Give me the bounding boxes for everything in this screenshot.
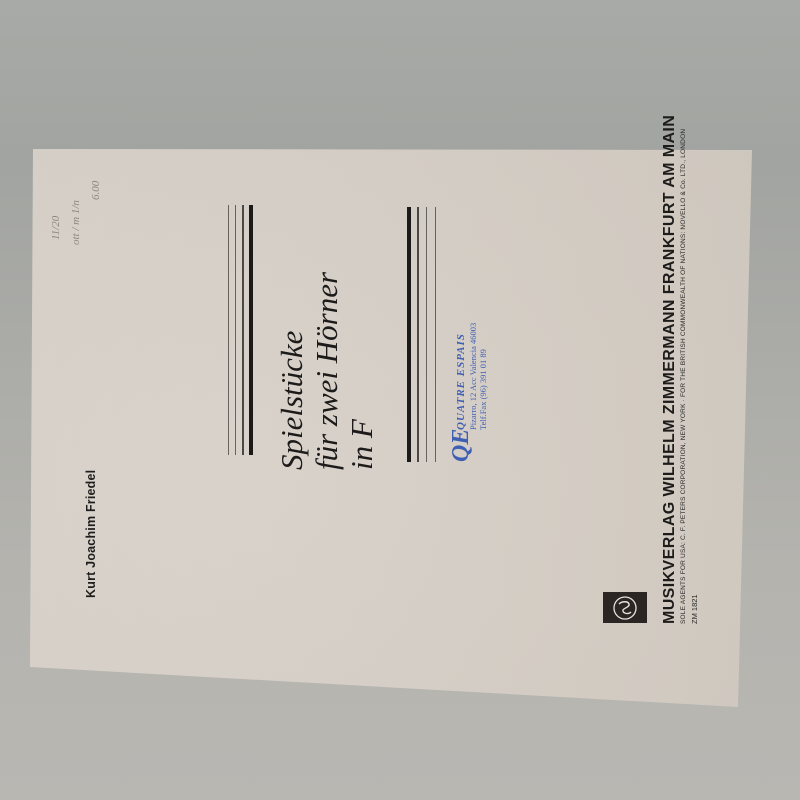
pencil-note-3-text: 6.00 (90, 181, 102, 200)
stamp-phone-line: Telf.Fax (96) 391 01 89 (478, 323, 488, 430)
stamp-address-line: Pizarro, 12 Acc Valencia 46003 (468, 323, 478, 430)
title-line-3: in F (344, 272, 379, 470)
author-name: Kurt Joachim Friedel (84, 470, 98, 598)
publisher-agents: SOLE AGENTS FOR USA: C. F. PETERS CORPOR… (680, 129, 687, 624)
publisher-name-text: MUSIKVERLAG WILHELM ZIMMERMANN FRANKFURT… (661, 115, 678, 624)
publisher-name: MUSIKVERLAG WILHELM ZIMMERMANN FRANKFURT… (661, 115, 679, 624)
pencil-note-1: 11/20 (50, 216, 62, 240)
catalog-number-text: ZM 1821 (690, 594, 699, 624)
z-logo-glyph-icon (612, 595, 638, 621)
pencil-note-price-code: 11/20 (50, 216, 62, 240)
zimmermann-z-logo-icon (603, 592, 647, 623)
title-line-2: für zwei Hörner (309, 272, 344, 470)
author-text: Kurt Joachim Friedel (84, 470, 98, 598)
pencil-note-2: ott / m 1/n (70, 200, 82, 245)
catalog-number: ZM 1821 (690, 594, 699, 624)
stamp-name: QUATRE ESPAIS (455, 333, 467, 430)
title-block: Spielstücke für zwei Hörner in F (274, 272, 379, 470)
pencil-note-2-text: ott / m 1/n (70, 200, 82, 245)
stamp-address: Pizarro, 12 Acc Valencia 46003 Telf.Fax … (468, 323, 488, 430)
stamp-logo-icon: QE (448, 429, 475, 462)
title-line-1: Spielstücke (274, 272, 309, 470)
decorative-rule-right (407, 207, 441, 462)
pencil-note-3: 6.00 (90, 181, 102, 200)
decorative-rule-left (228, 205, 254, 455)
publisher-agents-text: SOLE AGENTS FOR USA: C. F. PETERS CORPOR… (680, 129, 687, 624)
stamp-name-text: QUATRE ESPAIS (455, 333, 467, 430)
stamp-logo-text: QE (448, 429, 474, 462)
